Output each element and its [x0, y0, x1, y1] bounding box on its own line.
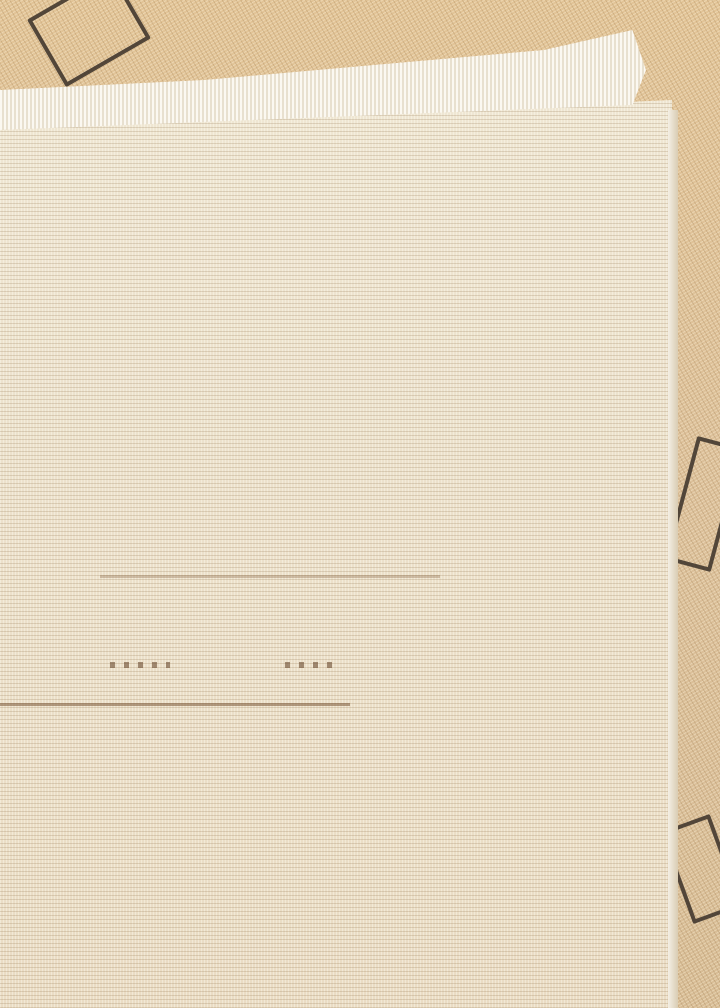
rug-photo	[0, 0, 720, 1008]
rug-side-edge	[668, 110, 678, 1008]
weave-dots	[110, 662, 170, 668]
weave-line	[100, 575, 440, 578]
weave-dots	[285, 662, 340, 668]
weave-line	[0, 703, 350, 706]
rug-back-side	[0, 100, 672, 1008]
